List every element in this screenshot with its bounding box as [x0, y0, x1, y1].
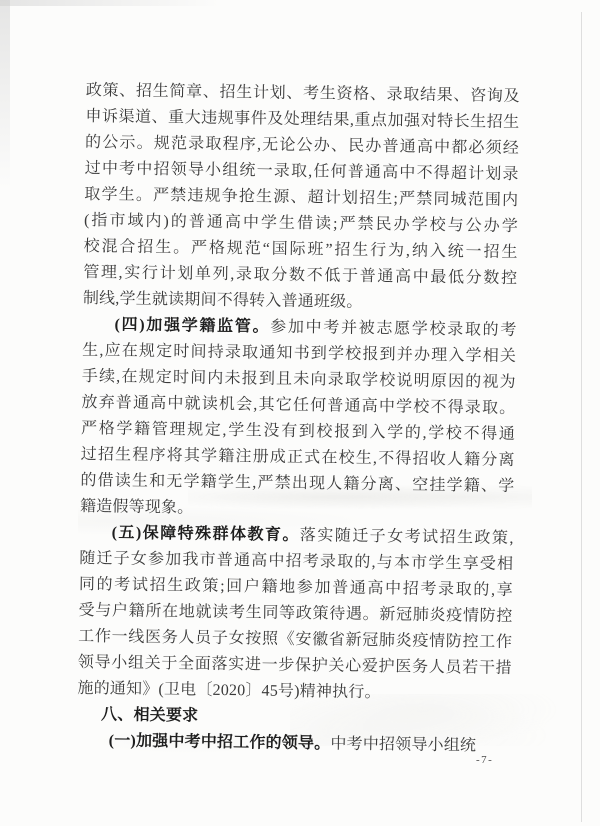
text-segment: 手续,在规定时间内未报到且未向录取学校说明原因的视为 — [82, 368, 516, 391]
bold-text-segment: (一)加强中考中招工作的领导。 — [109, 732, 331, 752]
text-segment: 申诉渠道、重大违规事件及处理结果,重点加强对特长生招生 — [85, 108, 519, 131]
text-line: (一)加强中考中招工作的领导。中考中招领导小组统 — [77, 728, 511, 760]
bold-text-segment: (四)加强学籍监管。 — [114, 316, 270, 335]
text-segment: 管理,实行计划单列,录取分数不低于普通高中最低分数控 — [83, 264, 517, 287]
text-segment: 生,应在规定时间持录取通知书到学校报到并办理入学相关 — [82, 342, 516, 365]
text-segment: 放弃普通高中就读机会,其它任何普通高中学校不得录取。 — [81, 394, 515, 417]
text-segment: 领导小组关于全面落实进一步保护关心爱护医务人员若干措 — [78, 654, 512, 677]
text-segment: 籍造假等现象。 — [80, 498, 194, 517]
text-segment: 落实随迁子女考试招生政策, — [300, 527, 514, 547]
text-segment: 受与户籍所在地就读考生同等政策待遇。新冠肺炎疫情防控 — [78, 602, 512, 625]
text-segment: 随迁子女参加我市普通高中招考录取的,与本市学生享受相 — [79, 550, 513, 573]
scan-shadow-top-edge — [0, 0, 220, 6]
text-segment: 参加中考并被志愿学校录取的考 — [270, 319, 517, 339]
text-segment: 过招生程序将其学籍注册成正式在校生,不得招收人籍分离 — [81, 446, 515, 469]
text-segment: 工作一线医务人员子女按照《安徽省新冠肺炎疫情防控工作 — [78, 628, 512, 651]
text-segment: 政策、招生简章、招生计划、考生资格、录取结果、咨询及 — [86, 82, 520, 105]
text-segment: 的公示。规范录取程序,无论公办、民办普通高中都必须经 — [85, 134, 519, 157]
text-segment: 同的考试招生政策;回户籍地参加普通高中招考录取的,享 — [79, 576, 513, 599]
bold-text-segment: 八、相关要求 — [101, 706, 198, 724]
scanned-document-page: 政策、招生简章、招生计划、考生资格、录取结果、咨询及申诉渠道、重大违规事件及处理… — [0, 0, 600, 826]
bold-text-segment: (五)保障特殊群体教育。 — [112, 524, 300, 544]
scan-edge-line — [581, 12, 582, 822]
text-segment: 严格学籍管理规定,学生没有到校报到入学的,学校不得通 — [81, 420, 515, 443]
document-text: 政策、招生简章、招生计划、考生资格、录取结果、咨询及申诉渠道、重大违规事件及处理… — [77, 78, 520, 760]
text-segment: 制线,学生就读期间不得转入普通班级。 — [83, 290, 363, 311]
text-segment: 施的通知》(卫电〔2020〕45号)精神执行。 — [77, 680, 380, 701]
text-segment: (指市域内)的普通高中学生借读;严禁民办学校与公办学 — [84, 212, 518, 235]
text-segment: 中考中招领导小组统 — [330, 735, 476, 754]
text-segment: 过中考中招领导小组统一录取,任何普通高中不得超计划录 — [85, 160, 519, 183]
text-segment: 取学生。严禁违规争抢生源、超计划招生;严禁同城范围内 — [84, 186, 518, 209]
text-segment: 的借读生和无学籍学生,严禁出现人籍分离、空挂学籍、学 — [80, 472, 514, 495]
text-segment: 校混合招生。严格规范“国际班”招生行为,纳入统一招生 — [84, 238, 518, 261]
scan-shadow-top-left — [0, 0, 10, 190]
page-number: -7- — [476, 754, 493, 766]
